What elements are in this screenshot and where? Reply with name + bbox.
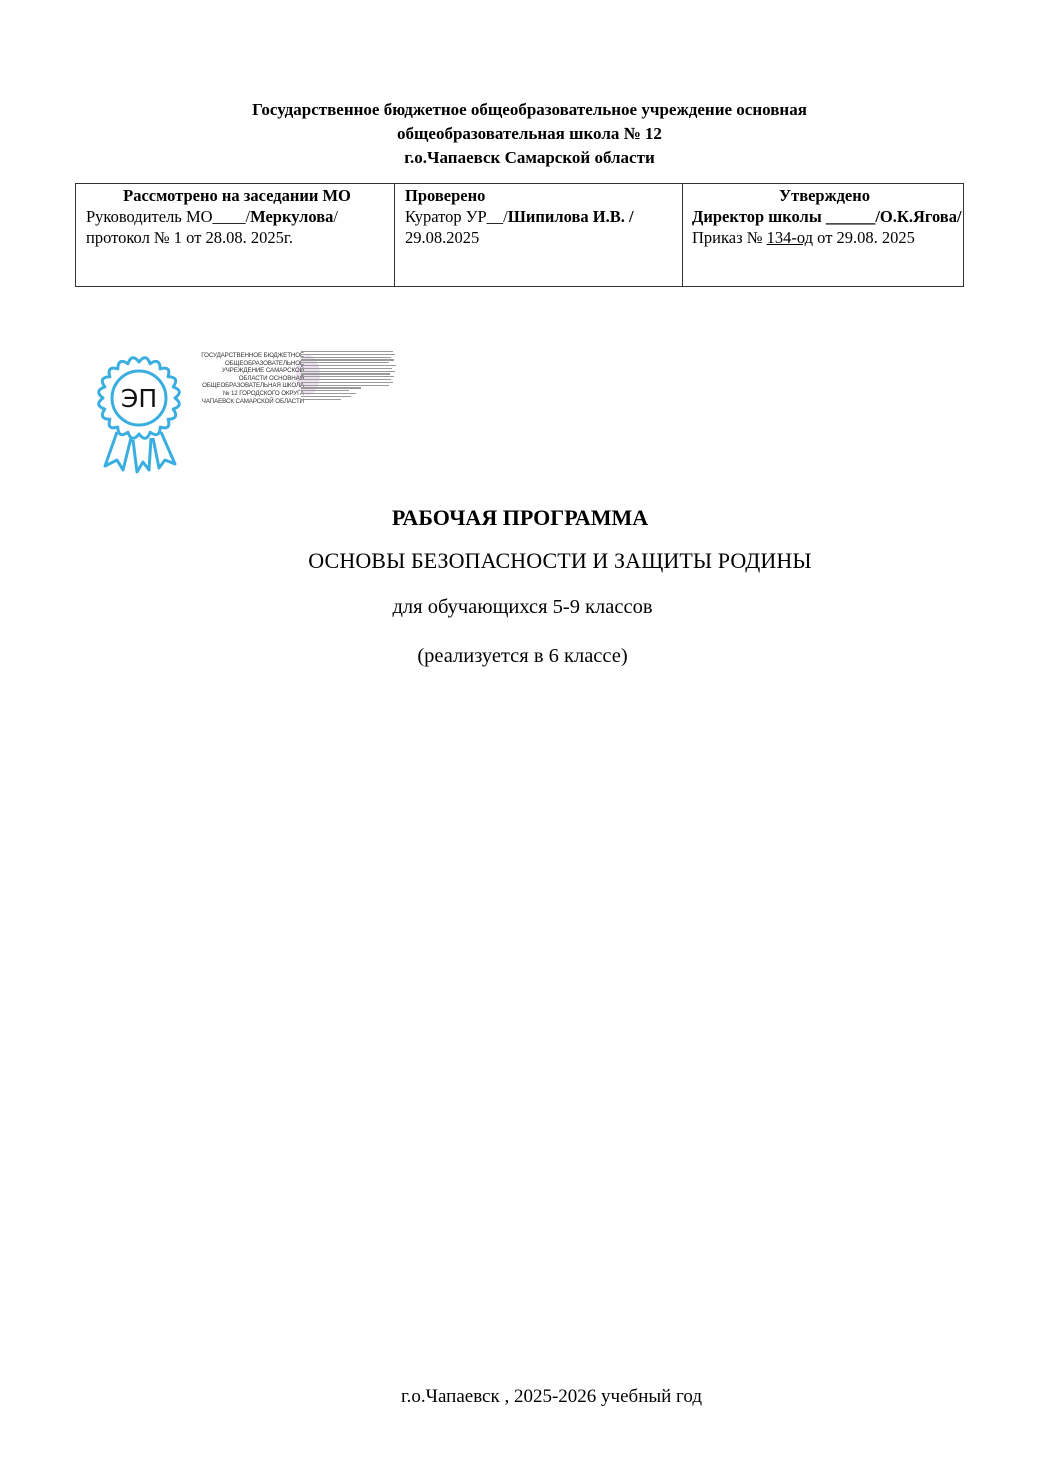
reviewed-heading: Рассмотрено на заседании МО	[86, 185, 388, 206]
org-line-2: общеобразовательная школа № 12	[0, 122, 1059, 146]
checked-cell: Проверено Куратор УР__/Шипилова И.В. / 2…	[395, 184, 683, 287]
approval-table: Рассмотрено на заседании МО Руководитель…	[75, 183, 964, 287]
checked-date: 29.08.2025	[405, 227, 676, 248]
subject-name: ОСНОВЫ БЕЗОПАСНОСТИ И ЗАЩИТЫ РОДИНЫ	[0, 548, 1059, 574]
signature-detail-line	[301, 373, 390, 374]
signature-detail-line	[301, 382, 393, 383]
org-line-1: Государственное бюджетное общеобразовате…	[0, 98, 1059, 122]
signature-detail-line	[301, 396, 351, 397]
signature-detail-line	[301, 351, 393, 352]
signature-detail-line	[301, 359, 394, 360]
checked-heading: Проверено	[405, 185, 676, 206]
signature-detail-line	[301, 393, 356, 394]
signature-detail-line	[301, 376, 394, 377]
signature-detail-line	[301, 379, 391, 380]
approved-order: Приказ № 134-од от 29.08. 2025	[692, 227, 957, 248]
approved-director: Директор школы ______/О.К.Ягова/	[692, 206, 957, 227]
target-audience: для обучающихся 5-9 классов	[0, 596, 1045, 619]
checked-name: Шипилова И.В. /	[508, 207, 634, 226]
checked-curator: Куратор УР__/Шипилова И.В. /	[405, 206, 676, 227]
reviewed-head-of-mo: Руководитель МО____/Меркулова/	[86, 206, 388, 227]
signature-detail-line	[301, 371, 395, 372]
document-title: РАБОЧАЯ ПРОГРАММА	[0, 505, 1040, 531]
reviewed-cell: Рассмотрено на заседании МО Руководитель…	[76, 184, 395, 287]
approved-cell: Утверждено Директор школы ______/О.К.Яго…	[683, 184, 964, 287]
electronic-signature-badge-icon: ЭП	[93, 354, 187, 476]
signature-detail-line	[301, 387, 361, 388]
org-line-3: г.о.Чапаевск Самарской области	[0, 146, 1059, 170]
footer-place-year: г.о.Чапаевск , 2025-2026 учебный год	[0, 1386, 1059, 1408]
signature-detail-line	[301, 365, 396, 366]
approved-heading: Утверждено	[692, 185, 957, 206]
implementation-note: (реализуется в 6 классе)	[0, 645, 1045, 668]
organization-header: Государственное бюджетное общеобразовате…	[0, 98, 1059, 170]
signature-detail-line	[301, 399, 341, 400]
signature-detail-line	[301, 354, 395, 355]
badge-label: ЭП	[121, 384, 157, 413]
signature-detail-line	[301, 385, 389, 386]
reviewed-protocol: протокол № 1 от 28.08. 2025г.	[86, 227, 388, 248]
signature-detail-line	[301, 362, 389, 363]
signature-detail-line	[301, 390, 349, 391]
reviewed-name: Меркулова	[250, 207, 333, 226]
signature-organization: ГОСУДАРСТВЕННОЕ БЮДЖЕТНОЕ ОБЩЕОБРАЗОВАТЕ…	[196, 352, 304, 405]
signature-detail-line	[301, 357, 391, 358]
signature-detail-line	[301, 368, 392, 369]
signature-details-illegible	[301, 351, 397, 403]
order-number: 134-од	[767, 228, 813, 247]
